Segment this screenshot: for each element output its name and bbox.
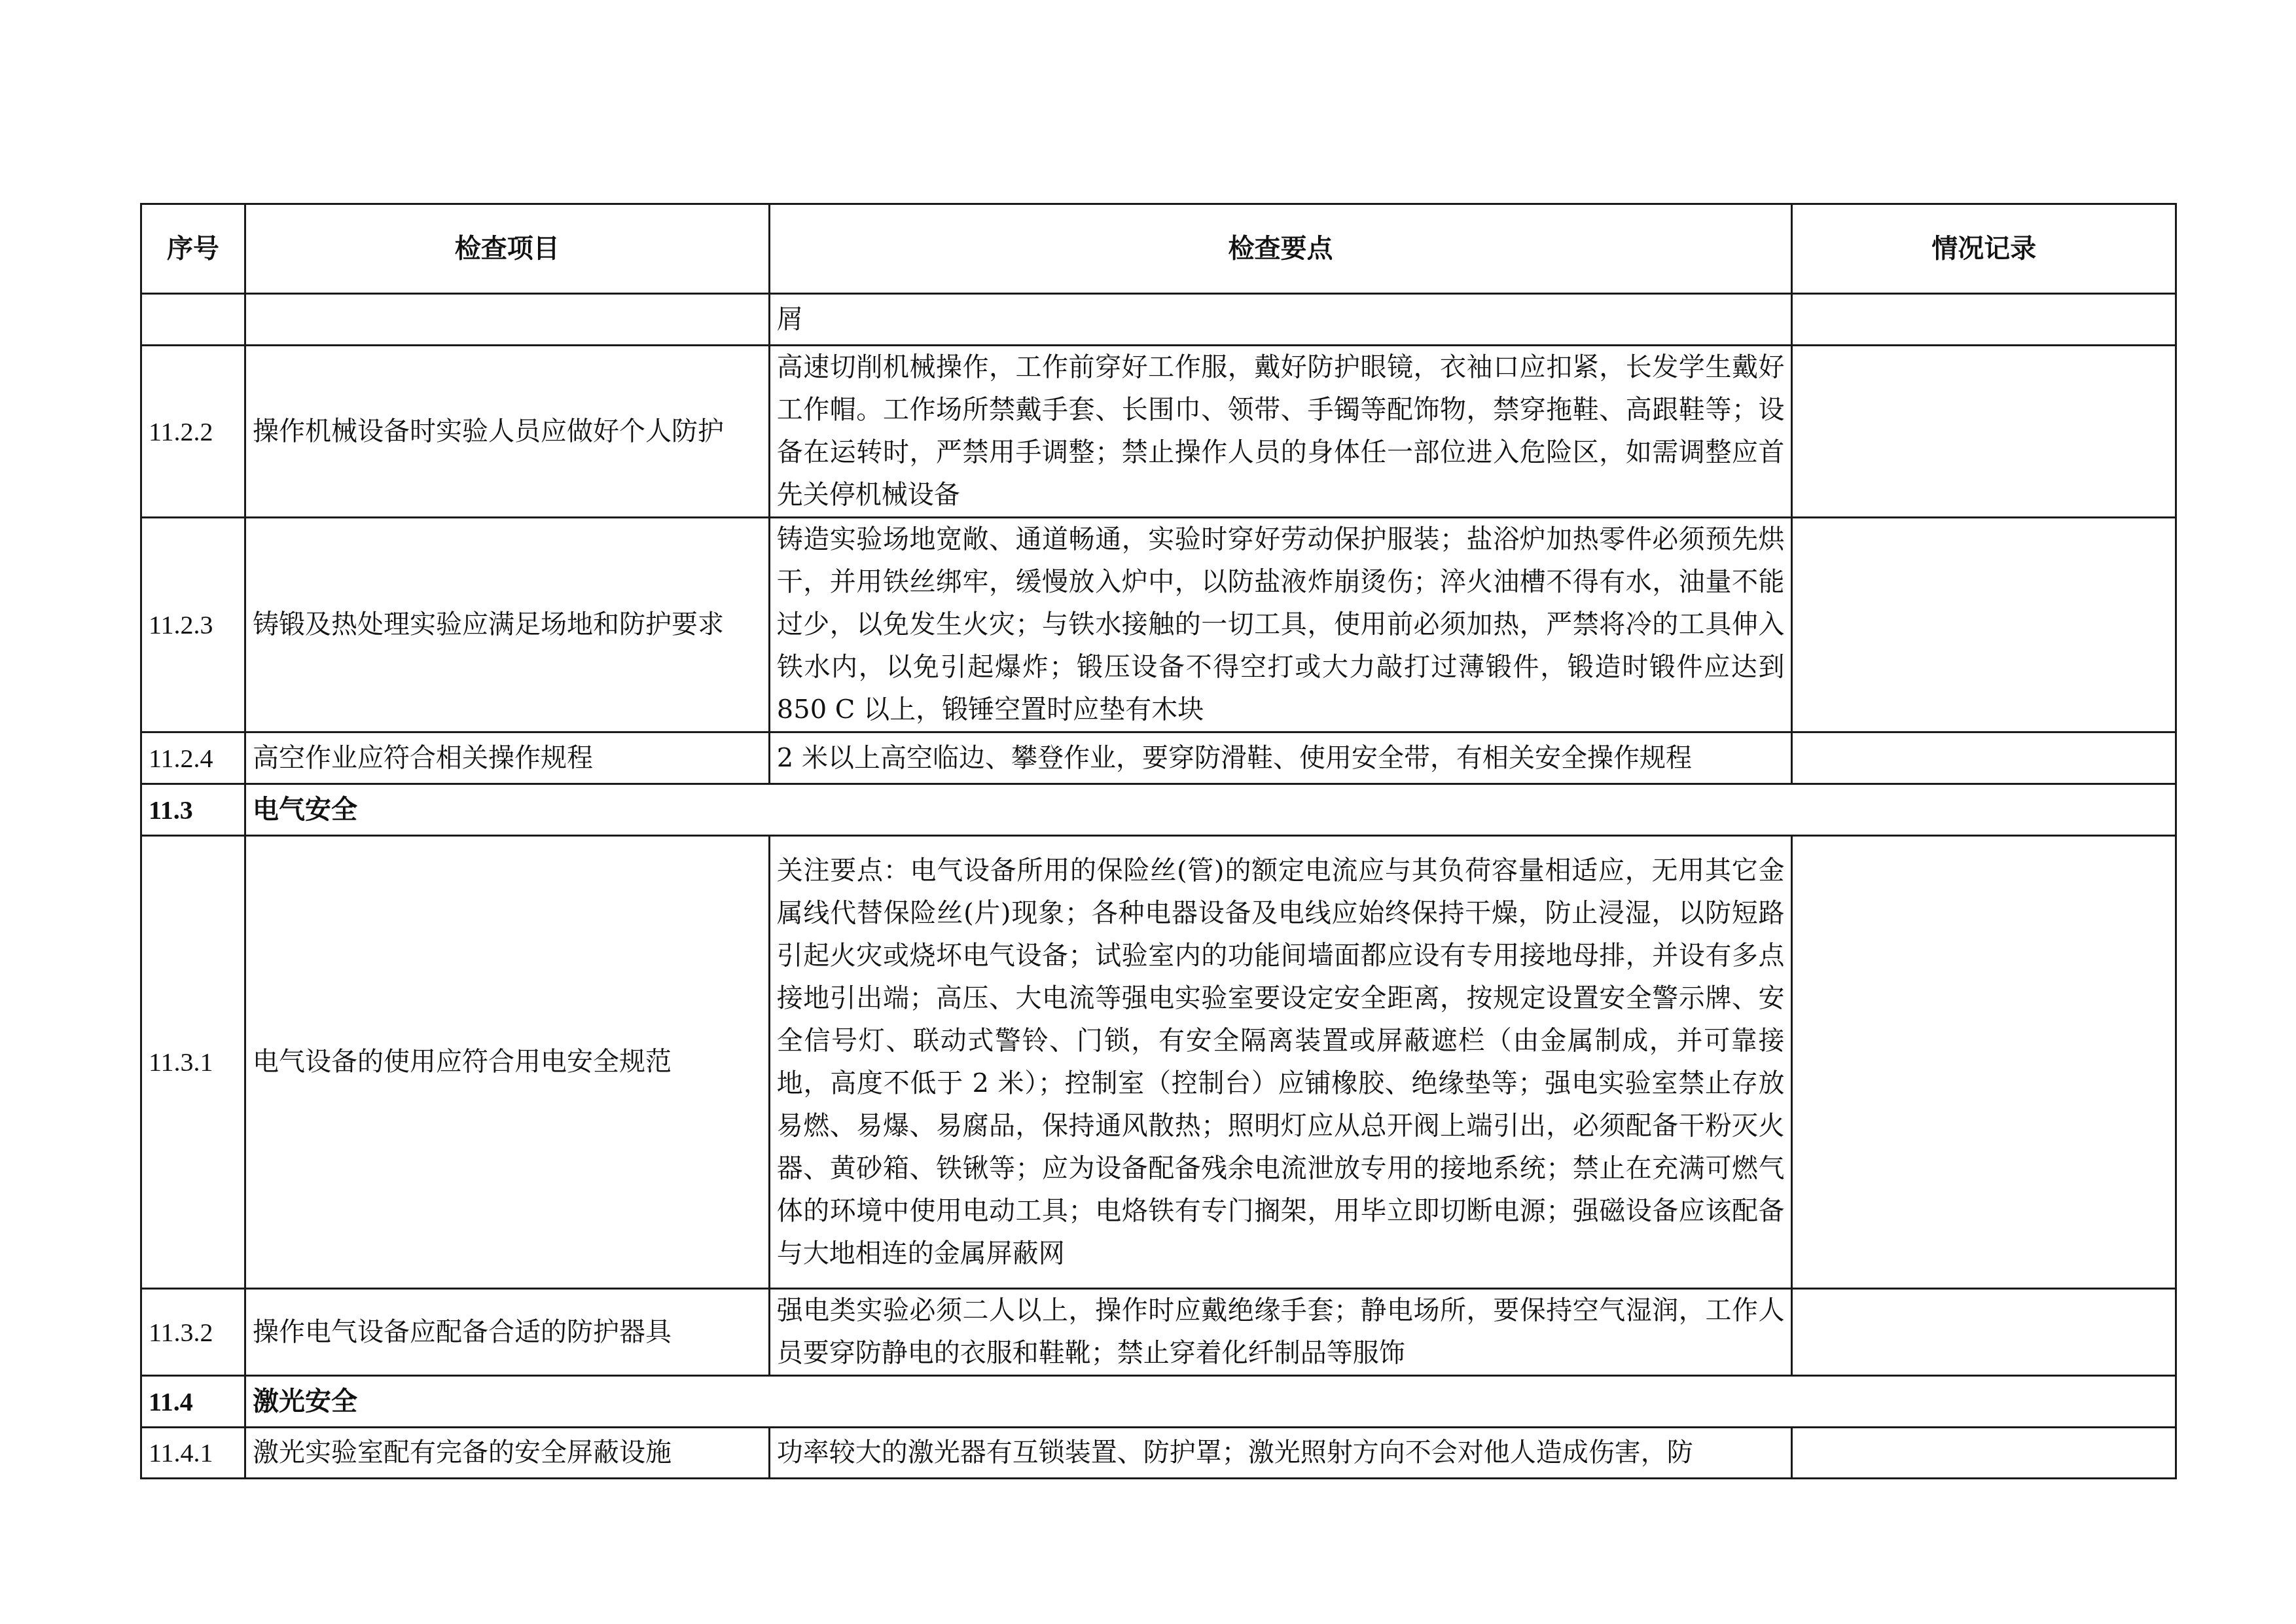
row-points: 屑 [769, 294, 1792, 346]
row-points: 强电类实验必须二人以上，操作时应戴绝缘手套；静电场所，要保持空气湿润，工作人员要… [769, 1289, 1792, 1376]
section-row: 11.4 激光安全 [141, 1376, 2176, 1428]
table-row: 11.4.1 激光实验室配有完备的安全屏蔽设施 功率较大的激光器有互锁装置、防护… [141, 1428, 2176, 1479]
section-title: 电气安全 [245, 784, 2176, 836]
header-row: 序号 检查项目 检查要点 情况记录 [141, 204, 2176, 294]
table-row: 11.2.2 操作机械设备时实验人员应做好个人防护 高速切削机械操作，工作前穿好… [141, 346, 2176, 518]
row-no: 11.2.3 [141, 518, 245, 732]
row-item: 电气设备的使用应符合用电安全规范 [245, 836, 769, 1289]
row-record [1792, 732, 2176, 784]
header-item: 检查项目 [245, 204, 769, 294]
row-points: 铸造实验场地宽敞、通道畅通，实验时穿好劳动保护服装；盐浴炉加热零件必须预先烘干，… [769, 518, 1792, 732]
row-item [245, 294, 769, 346]
table-row: 屑 [141, 294, 2176, 346]
row-points: 关注要点：电气设备所用的保险丝(管)的额定电流应与其负荷容量相适应，无用其它金属… [769, 836, 1792, 1289]
section-no: 11.3 [141, 784, 245, 836]
row-points: 高速切削机械操作，工作前穿好工作服，戴好防护眼镜，衣袖口应扣紧，长发学生戴好工作… [769, 346, 1792, 518]
row-item: 激光实验室配有完备的安全屏蔽设施 [245, 1428, 769, 1479]
row-no: 11.4.1 [141, 1428, 245, 1479]
section-title: 激光安全 [245, 1376, 2176, 1428]
row-no: 11.2.2 [141, 346, 245, 518]
row-item: 高空作业应符合相关操作规程 [245, 732, 769, 784]
row-record [1792, 836, 2176, 1289]
table-row: 11.3.1 电气设备的使用应符合用电安全规范 关注要点：电气设备所用的保险丝(… [141, 836, 2176, 1289]
row-record [1792, 294, 2176, 346]
row-no: 11.3.2 [141, 1289, 245, 1376]
row-record [1792, 518, 2176, 732]
row-item: 铸锻及热处理实验应满足场地和防护要求 [245, 518, 769, 732]
header-record: 情况记录 [1792, 204, 2176, 294]
row-item: 操作电气设备应配备合适的防护器具 [245, 1289, 769, 1376]
row-no [141, 294, 245, 346]
row-no: 11.3.1 [141, 836, 245, 1289]
row-points: 2 米以上高空临边、攀登作业，要穿防滑鞋、使用安全带，有相关安全操作规程 [769, 732, 1792, 784]
row-record [1792, 1428, 2176, 1479]
row-record [1792, 346, 2176, 518]
table-row: 11.3.2 操作电气设备应配备合适的防护器具 强电类实验必须二人以上，操作时应… [141, 1289, 2176, 1376]
header-points: 检查要点 [769, 204, 1792, 294]
inspection-table: 序号 检查项目 检查要点 情况记录 屑 11.2.2 操作机械设备时实验人员应做… [140, 203, 2177, 1479]
row-points: 功率较大的激光器有互锁装置、防护罩；激光照射方向不会对他人造成伤害，防 [769, 1428, 1792, 1479]
row-item: 操作机械设备时实验人员应做好个人防护 [245, 346, 769, 518]
row-record [1792, 1289, 2176, 1376]
table-row: 11.2.4 高空作业应符合相关操作规程 2 米以上高空临边、攀登作业，要穿防滑… [141, 732, 2176, 784]
section-no: 11.4 [141, 1376, 245, 1428]
table-row: 11.2.3 铸锻及热处理实验应满足场地和防护要求 铸造实验场地宽敞、通道畅通，… [141, 518, 2176, 732]
section-row: 11.3 电气安全 [141, 784, 2176, 836]
row-no: 11.2.4 [141, 732, 245, 784]
header-no: 序号 [141, 204, 245, 294]
